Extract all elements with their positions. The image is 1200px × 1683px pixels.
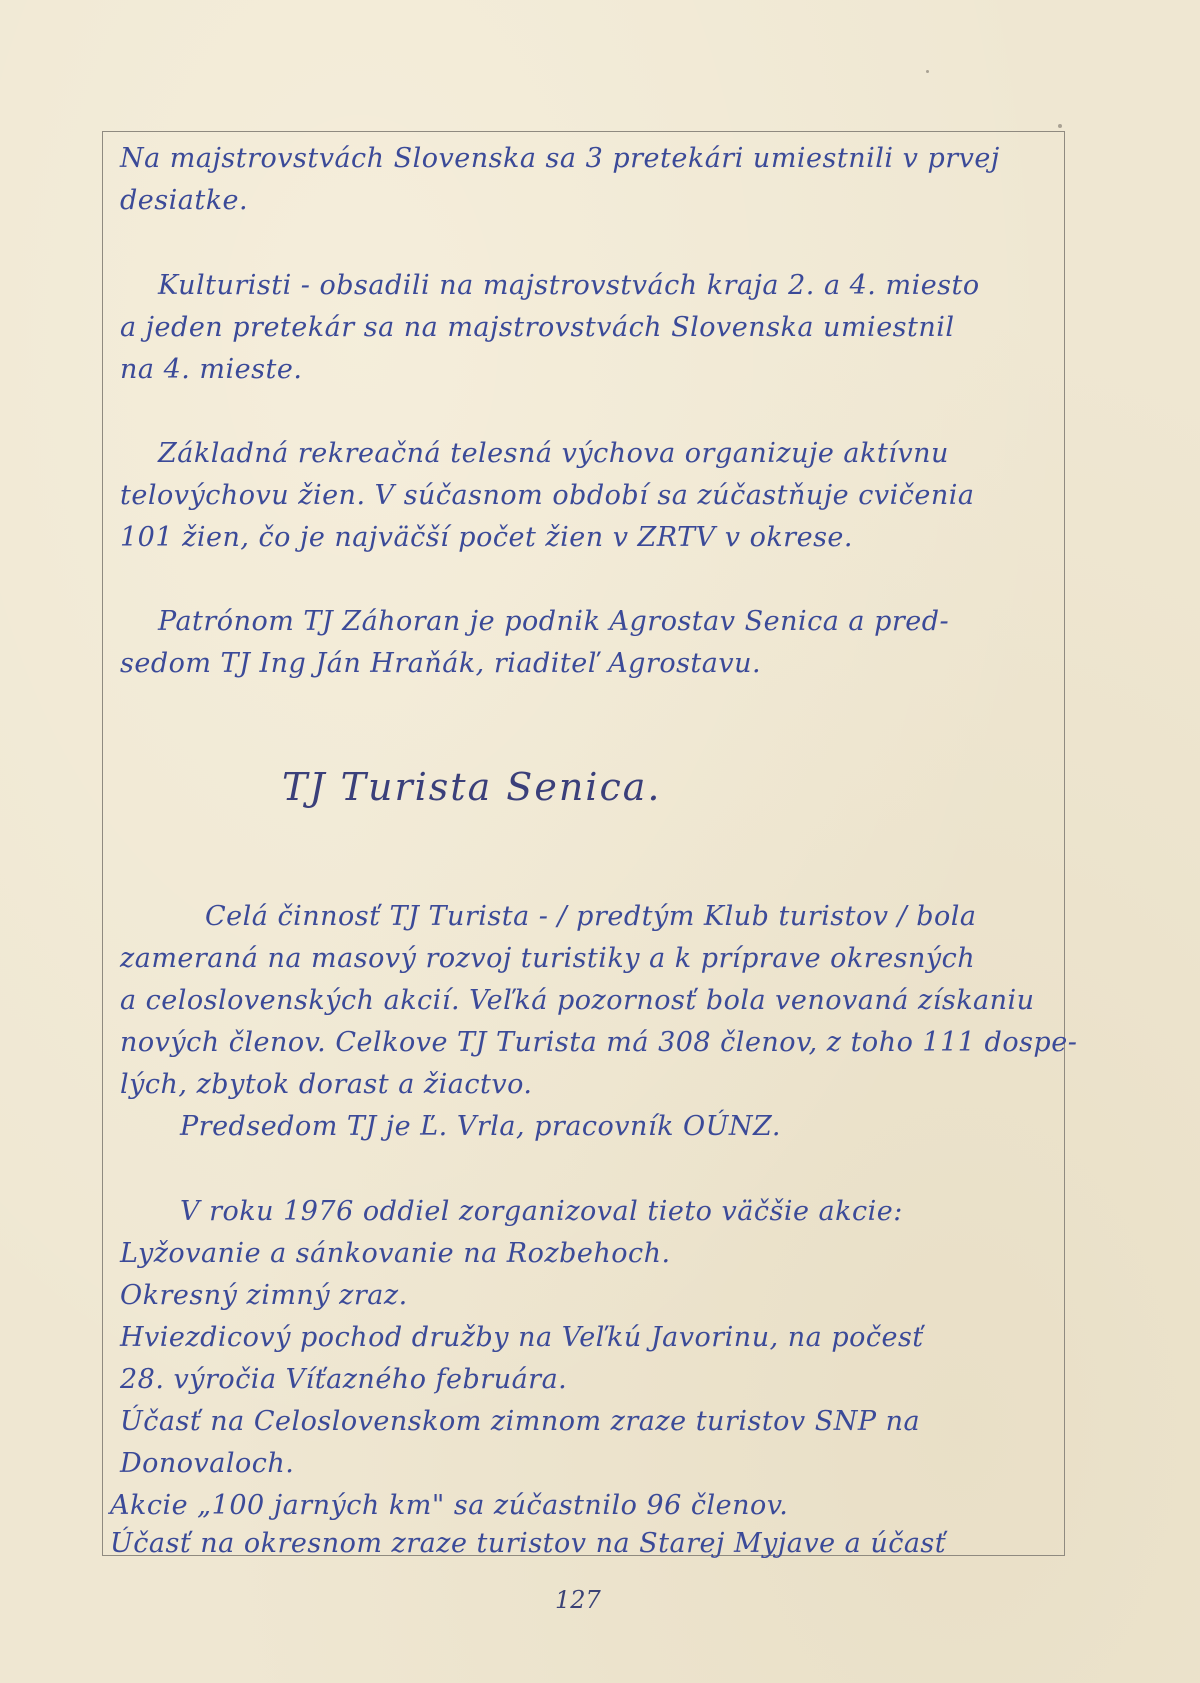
- list-item: Akcie „100 jarných km" sa zúčastnilo 96 …: [110, 1492, 788, 1519]
- text-line: 101 žien, čo je najväčší počet žien v ZR…: [120, 524, 853, 551]
- text-line: desiatke.: [120, 187, 248, 214]
- text-line: Na majstrovstvách Slovenska sa 3 preteká…: [120, 145, 1000, 172]
- paper-speck: [926, 70, 929, 73]
- text-line: Patrónom TJ Záhoran je podnik Agrostav S…: [158, 608, 949, 635]
- text-line: zameraná na masový rozvoj turistiky a k …: [120, 945, 975, 972]
- section-heading: TJ Turista Senica.: [282, 768, 661, 806]
- text-line: a jeden pretekár sa na majstrovstvách Sl…: [120, 314, 955, 341]
- text-line: na 4. mieste.: [120, 356, 302, 383]
- text-line: sedom TJ Ing Ján Hraňák, riaditeľ Agrost…: [120, 650, 761, 677]
- paper-speck: [1058, 124, 1062, 128]
- list-item: Účasť na okresnom zraze turistov na Star…: [110, 1530, 946, 1557]
- text-line: nových členov. Celkove TJ Turista má 308…: [120, 1029, 1077, 1056]
- list-item: 28. výročia Víťazného februára.: [120, 1366, 567, 1393]
- list-item: Lyžovanie a sánkovanie na Rozbehoch.: [120, 1240, 671, 1267]
- list-item: Donovaloch.: [120, 1450, 294, 1477]
- text-line: Predsedom TJ je Ľ. Vrla, pracovník OÚNZ.: [180, 1113, 781, 1140]
- list-item: Okresný zimný zraz.: [120, 1282, 408, 1309]
- text-line: V roku 1976 oddiel zorganizoval tieto vä…: [180, 1198, 903, 1225]
- page-number: 127: [555, 1586, 601, 1614]
- text-line: a celoslovenských akcií. Veľká pozornosť…: [120, 987, 1035, 1014]
- text-line: Celá činnosť TJ Turista - / predtým Klub…: [205, 903, 977, 930]
- list-item: Hviezdicový pochod družby na Veľkú Javor…: [120, 1324, 924, 1351]
- text-line: telovýchovu žien. V súčasnom období sa z…: [120, 482, 974, 509]
- text-line: lých, zbytok dorast a žiactvo.: [120, 1071, 532, 1098]
- text-line: Kulturisti - obsadili na majstrovstvách …: [158, 272, 980, 299]
- text-line: Základná rekreačná telesná výchova organ…: [158, 440, 949, 467]
- list-item: Účasť na Celoslovenskom zimnom zraze tur…: [120, 1408, 920, 1435]
